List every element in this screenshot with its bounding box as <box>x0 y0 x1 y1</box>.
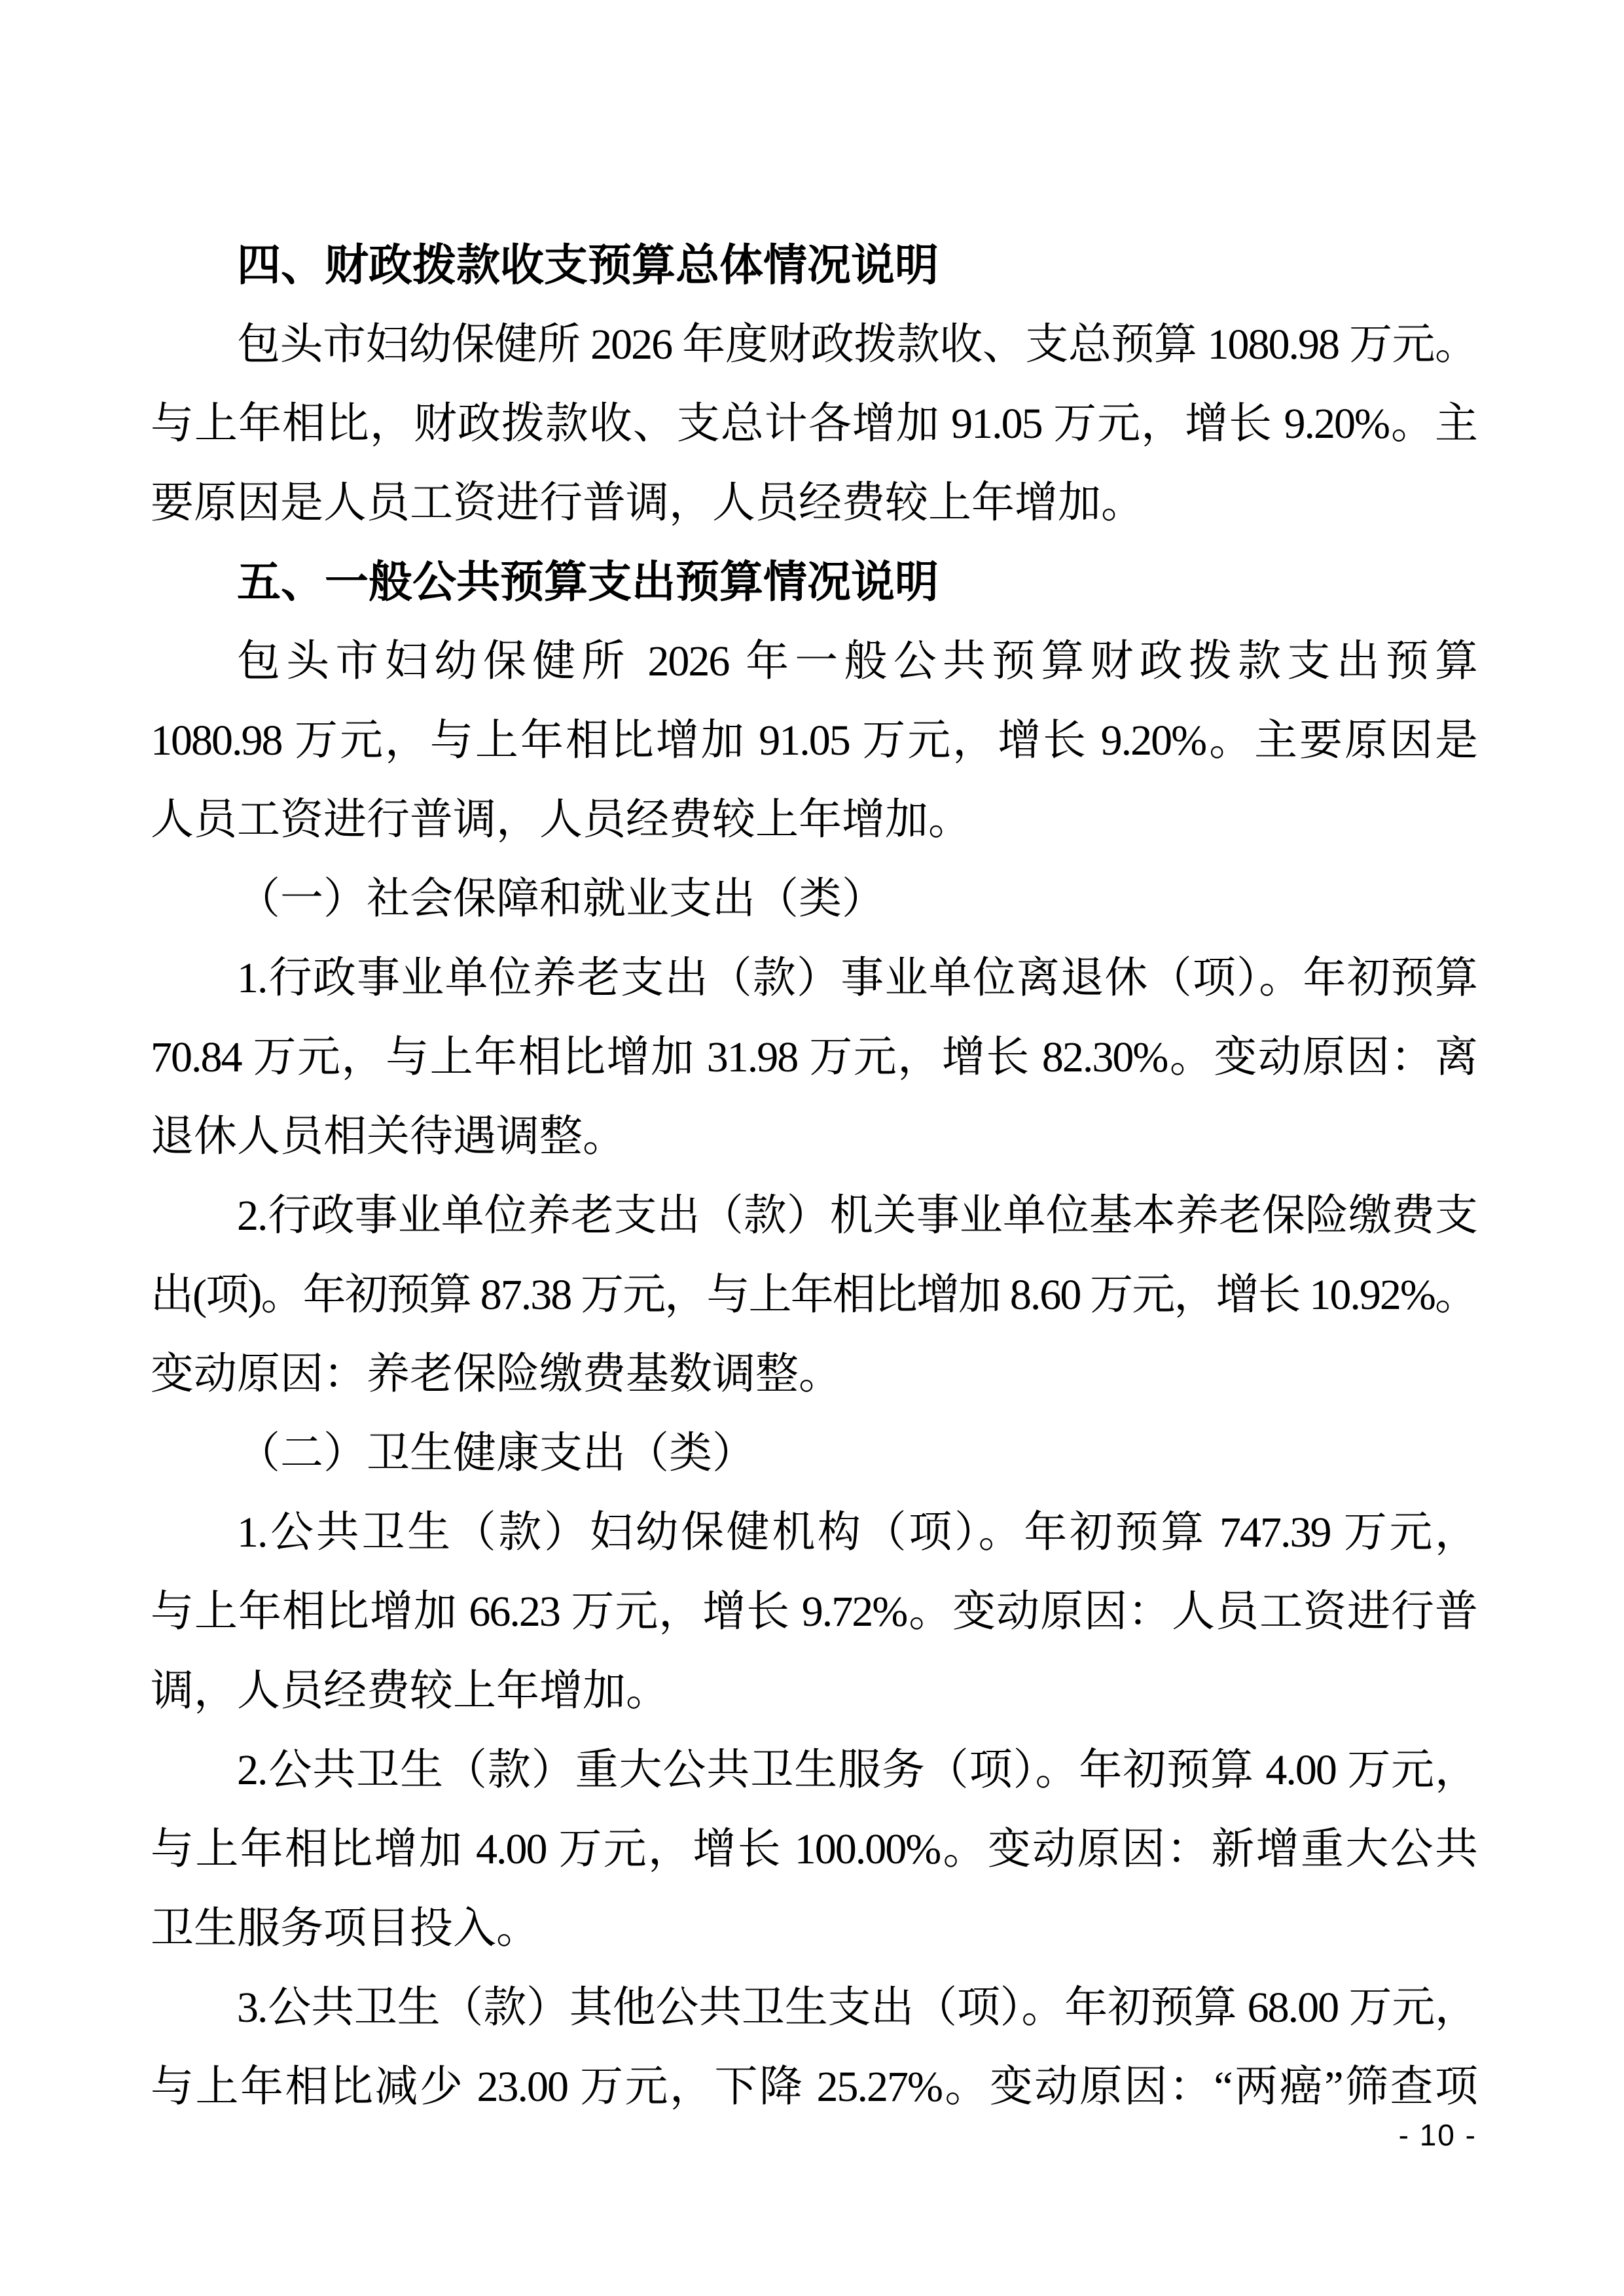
paragraph-line: 与上年相比减少 23.00 万元，下降 25.27%。变动原因：“两癌”筛查项 <box>151 2047 1477 2126</box>
section-heading-5: 五、一般公共预算支出预算情况说明 <box>151 543 1477 622</box>
paragraph-line: 与上年相比增加 66.23 万元，增长 9.72%。变动原因：人员工资进行普 <box>151 1572 1477 1651</box>
paragraph-line: 变动原因：养老保险缴费基数调整。 <box>151 1335 1477 1414</box>
paragraph-line: 与上年相比增加 4.00 万元，增长 100.00%。变动原因：新增重大公共 <box>151 1810 1477 1889</box>
paragraph-line: 与上年相比，财政拨款收、支总计各增加 91.05 万元，增长 9.20%。主 <box>151 384 1477 463</box>
paragraph-line: 1.行政事业单位养老支出（款）事业单位离退休（项）。年初预算 <box>151 939 1477 1018</box>
paragraph-line: 包头市妇幼保健所 2026 年度财政拨款收、支总预算 1080.98 万元。 <box>151 305 1477 384</box>
subsection-heading-1: （一）社会保障和就业支出（类） <box>151 859 1477 939</box>
document-body: 四、财政拨款收支预算总体情况说明 包头市妇幼保健所 2026 年度财政拨款收、支… <box>151 226 1477 2126</box>
paragraph-line: 出(项)。年初预算 87.38 万元，与上年相比增加 8.60 万元，增长 10… <box>151 1255 1477 1335</box>
page-number: - 10 - <box>151 2115 1477 2155</box>
paragraph-line: 要原因是人员工资进行普调，人员经费较上年增加。 <box>151 463 1477 543</box>
paragraph-line: 3.公共卫生（款）其他公共卫生支出（项）。年初预算 68.00 万元， <box>151 1968 1477 2047</box>
paragraph-line: 退休人员相关待遇调整。 <box>151 1097 1477 1176</box>
section-heading-4: 四、财政拨款收支预算总体情况说明 <box>151 226 1477 305</box>
paragraph-line: 1.公共卫生（款）妇幼保健机构（项）。年初预算 747.39 万元， <box>151 1493 1477 1572</box>
paragraph-line: 70.84 万元，与上年相比增加 31.98 万元，增长 82.30%。变动原因… <box>151 1018 1477 1097</box>
paragraph-line: 包头市妇幼保健所 2026 年一般公共预算财政拨款支出预算 <box>151 622 1477 701</box>
paragraph-line: 调，人员经费较上年增加。 <box>151 1651 1477 1731</box>
paragraph-line: 人员工资进行普调，人员经费较上年增加。 <box>151 780 1477 859</box>
paragraph-line: 2.行政事业单位养老支出（款）机关事业单位基本养老保险缴费支 <box>151 1176 1477 1255</box>
paragraph-line: 2.公共卫生（款）重大公共卫生服务（项）。年初预算 4.00 万元， <box>151 1731 1477 1810</box>
subsection-heading-2: （二）卫生健康支出（类） <box>151 1414 1477 1493</box>
document-page: 四、财政拨款收支预算总体情况说明 包头市妇幼保健所 2026 年度财政拨款收、支… <box>0 0 1624 2296</box>
paragraph-line: 卫生服务项目投入。 <box>151 1889 1477 1968</box>
paragraph-line: 1080.98 万元，与上年相比增加 91.05 万元，增长 9.20%。主要原… <box>151 701 1477 780</box>
